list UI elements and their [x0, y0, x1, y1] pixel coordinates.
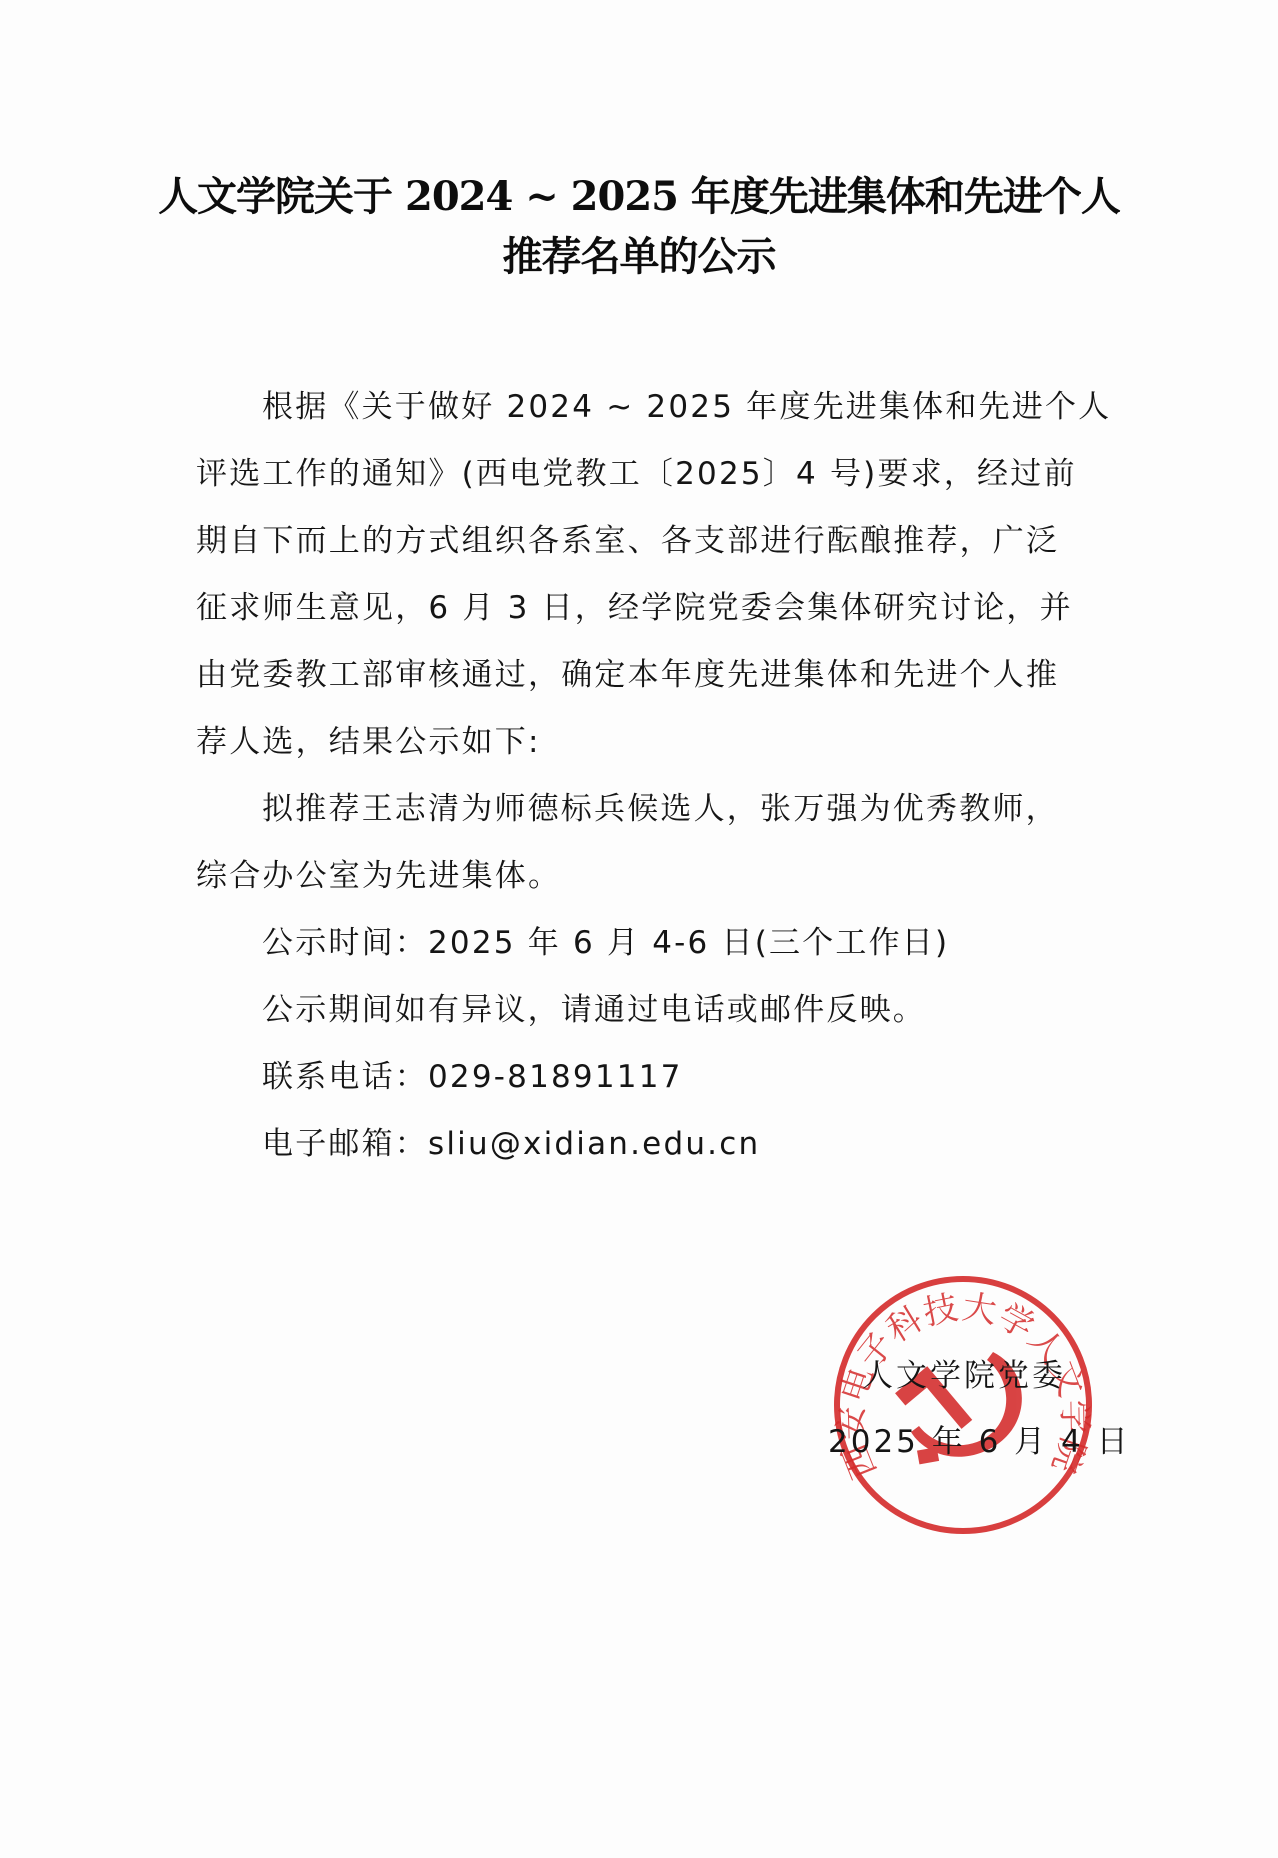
official-seal-icon: 西安电子科技大学人文学院委员会 — [830, 1272, 1096, 1538]
publicity-period: 公示时间：2025 年 6 月 4-6 日(三个工作日) — [262, 921, 949, 965]
body-paragraph-1-line-3: 期自下而上的方式组织各系室、各支部进行酝酿推荐，广泛 — [196, 519, 1059, 563]
body-paragraph-1-line-5: 由党委教工部审核通过，确定本年度先进集体和先进个人推 — [196, 653, 1059, 697]
body-paragraph-1-line-1: 根据《关于做好 2024 ~ 2025 年度先进集体和先进个人 — [262, 385, 1111, 429]
body-paragraph-1-line-6: 荐人选，结果公示如下: — [196, 720, 541, 764]
signature-date: 2025 年 6 月 4 日 — [828, 1420, 1131, 1464]
document-page: 人文学院关于 2024 ~ 2025 年度先进集体和先进个人 推荐名单的公示 根… — [0, 0, 1278, 1858]
objection-notice: 公示期间如有异议，请通过电话或邮件反映。 — [262, 988, 926, 1032]
body-paragraph-1-line-4: 征求师生意见，6 月 3 日，经学院党委会集体研究讨论，并 — [196, 586, 1073, 630]
nominees-line-1: 拟推荐王志清为师德标兵候选人，张万强为优秀教师， — [262, 787, 1059, 831]
signature-organization: 人文学院党委 — [862, 1354, 1066, 1398]
nominees-line-2: 综合办公室为先进集体。 — [196, 854, 561, 898]
document-title-line-1: 人文学院关于 2024 ~ 2025 年度先进集体和先进个人 — [0, 172, 1278, 222]
document-title-line-2: 推荐名单的公示 — [0, 232, 1278, 282]
body-paragraph-1-line-2: 评选工作的通知》(西电党教工〔2025〕4 号)要求，经过前 — [196, 452, 1077, 496]
contact-phone: 联系电话：029-81891117 — [262, 1055, 683, 1099]
contact-email[interactable]: 电子邮箱：sliu@xidian.edu.cn — [262, 1122, 760, 1166]
